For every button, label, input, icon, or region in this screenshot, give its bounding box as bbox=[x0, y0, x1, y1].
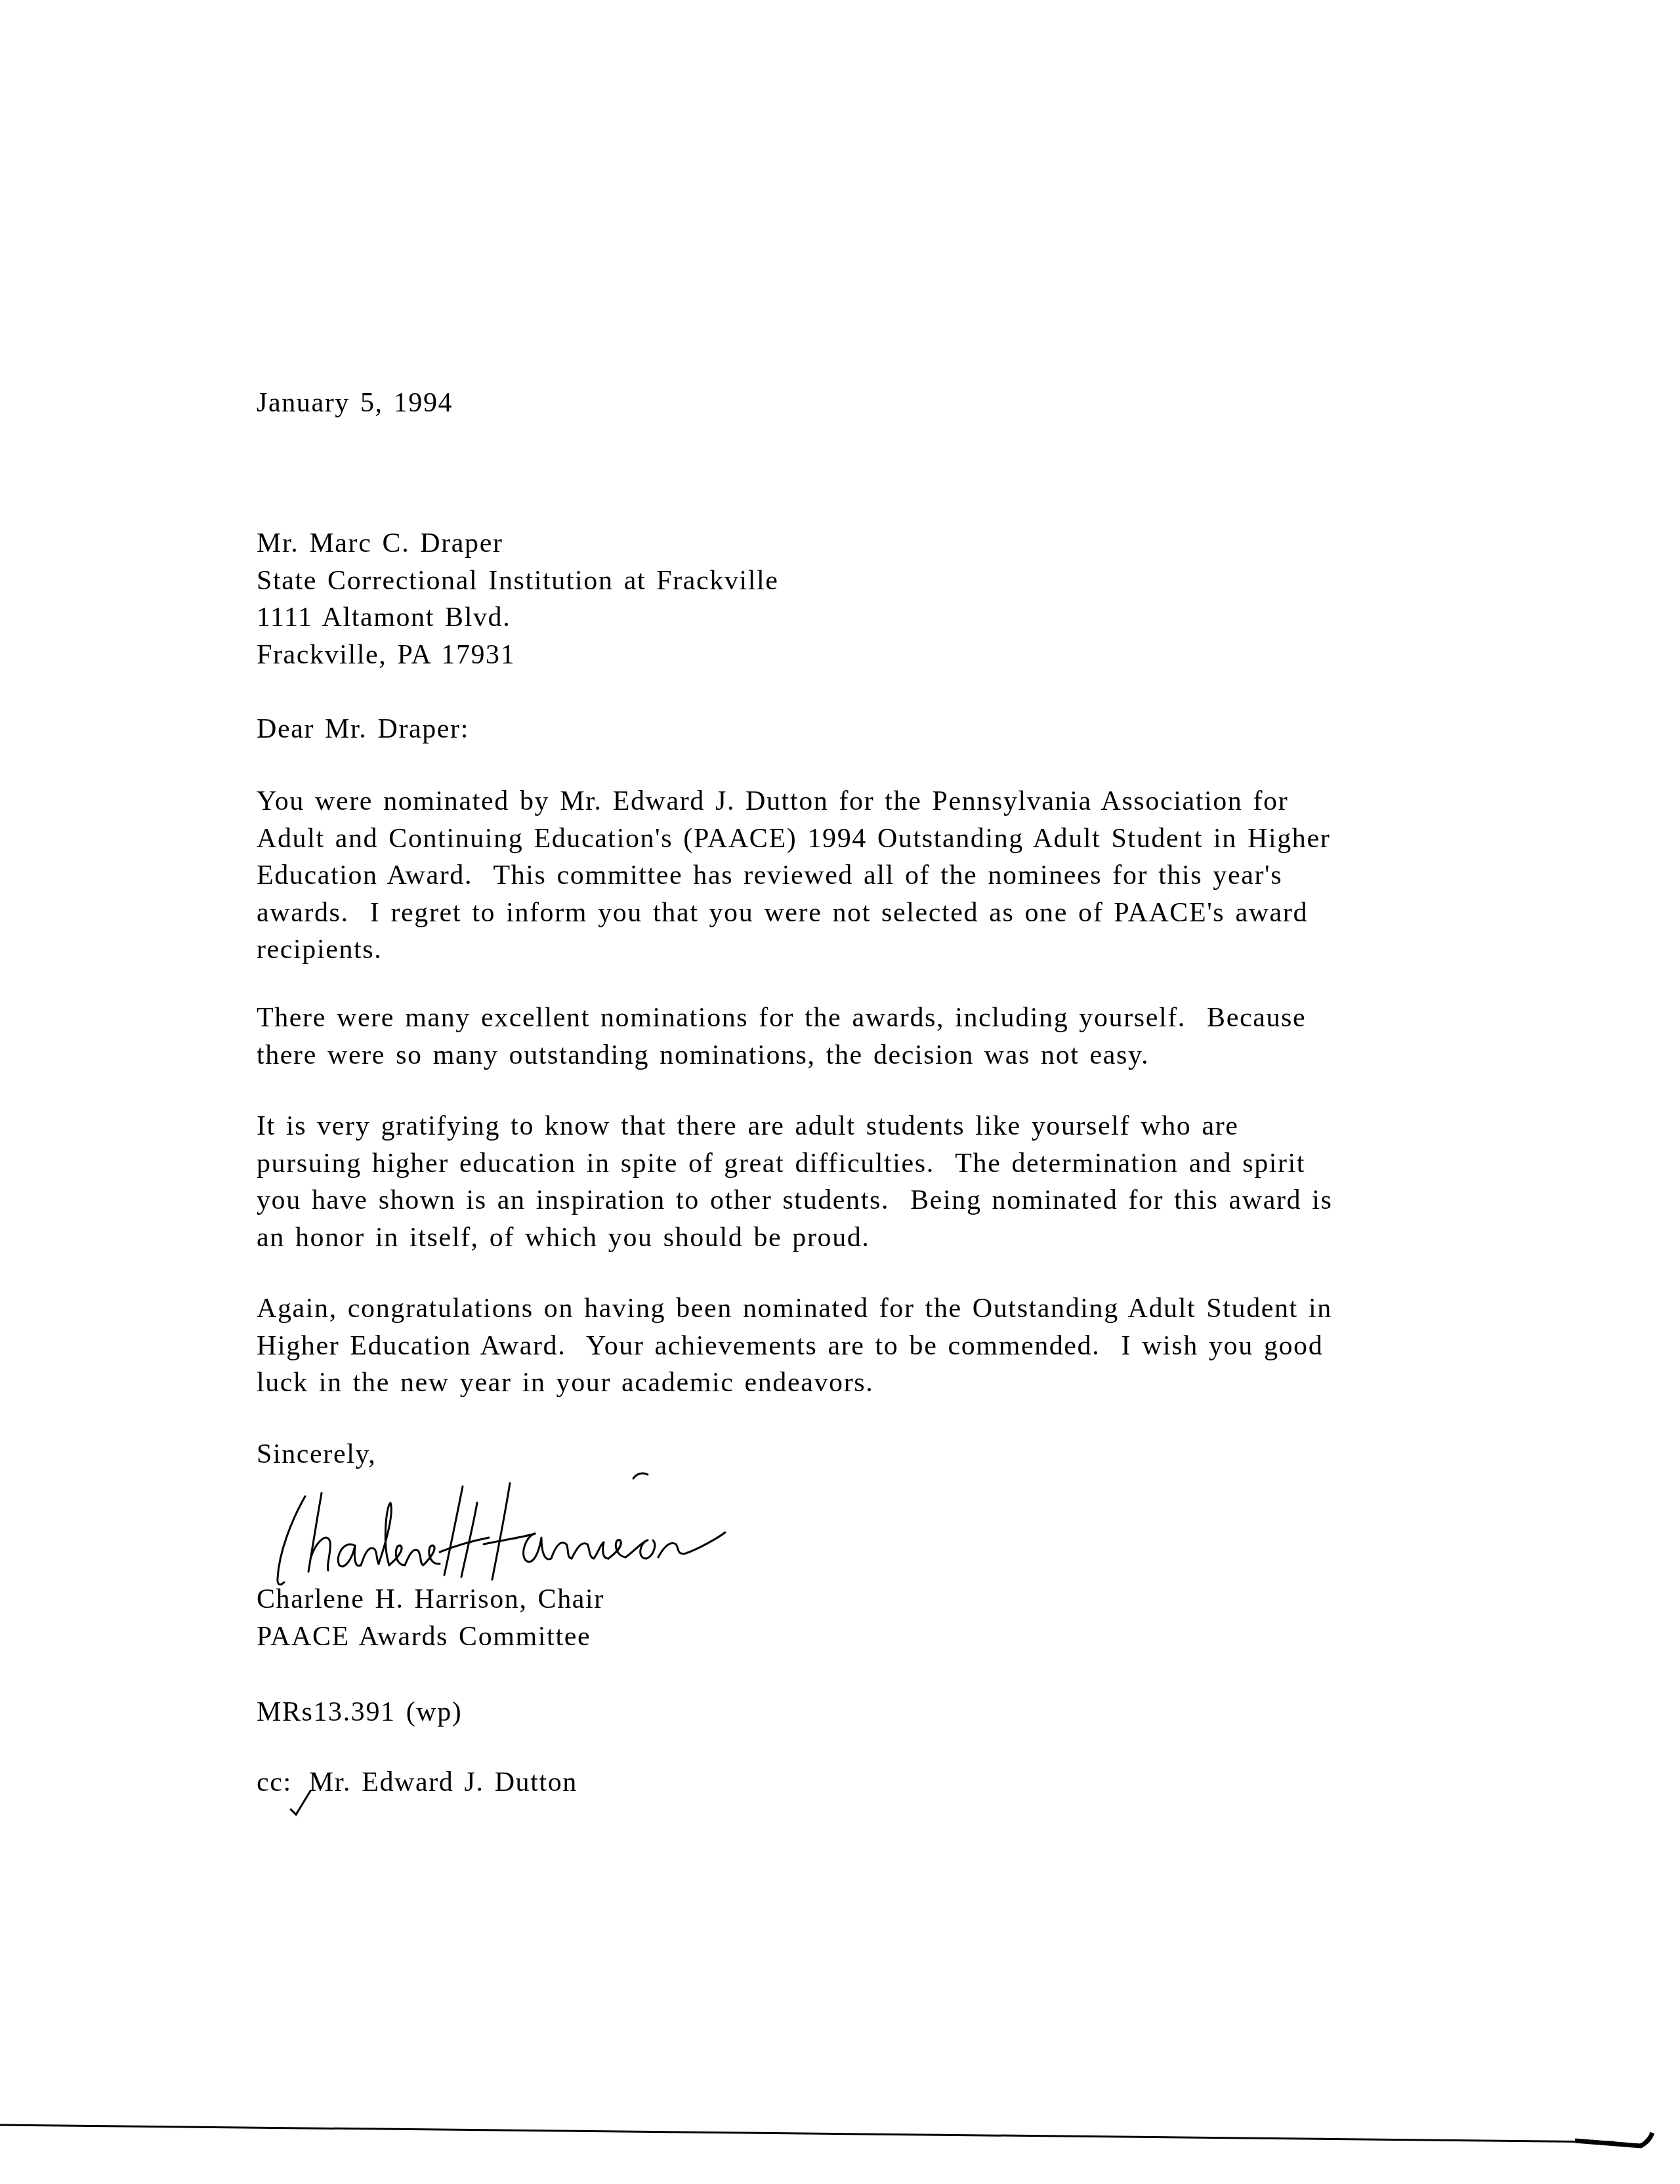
paragraph-line: luck in the new year in your academic en… bbox=[257, 1364, 1332, 1402]
paragraph-line: You were nominated by Mr. Edward J. Dutt… bbox=[257, 783, 1330, 820]
paragraph-line: Adult and Continuing Education's (PAACE)… bbox=[257, 820, 1330, 858]
paragraph-line: Education Award. This committee has revi… bbox=[257, 857, 1330, 894]
address-line: State Correctional Institution at Frackv… bbox=[257, 562, 779, 600]
paragraph-line: Again, congratulations on having been no… bbox=[257, 1290, 1332, 1328]
paragraph-line: It is very gratifying to know that there… bbox=[257, 1108, 1332, 1145]
paragraph-line: awards. I regret to inform you that you … bbox=[257, 894, 1330, 932]
letter-page: January 5, 1994 Mr. Marc C. Draper State… bbox=[0, 0, 1680, 2184]
signer-block: Charlene H. Harrison, Chair PAACE Awards… bbox=[257, 1581, 604, 1655]
signer-name-title: Charlene H. Harrison, Chair bbox=[257, 1581, 604, 1618]
cc-prefix: cc: bbox=[257, 1767, 292, 1797]
paragraph-line: an honor in itself, of which you should … bbox=[257, 1219, 1332, 1257]
signer-committee: PAACE Awards Committee bbox=[257, 1618, 604, 1656]
paragraph-line: you have shown is an inspiration to othe… bbox=[257, 1182, 1332, 1219]
salutation: Dear Mr. Draper: bbox=[257, 711, 469, 747]
recipient-address: Mr. Marc C. Draper State Correctional In… bbox=[257, 525, 779, 673]
paragraph-line: there were so many outstanding nominatio… bbox=[257, 1037, 1306, 1074]
address-line: Mr. Marc C. Draper bbox=[257, 525, 779, 562]
paragraph-line: Higher Education Award. Your achievement… bbox=[257, 1328, 1332, 1365]
handwritten-signature bbox=[266, 1467, 876, 1591]
paragraph-line: pursuing higher education in spite of gr… bbox=[257, 1145, 1332, 1183]
cc-line: cc:Mr. Edward J. Dutton bbox=[257, 1764, 577, 1801]
letter-date: January 5, 1994 bbox=[257, 385, 453, 421]
paragraph-4: Again, congratulations on having been no… bbox=[257, 1290, 1332, 1402]
address-line: 1111 Altamont Blvd. bbox=[257, 599, 779, 637]
paragraph-1: You were nominated by Mr. Edward J. Dutt… bbox=[257, 783, 1330, 969]
address-line: Frackville, PA 17931 bbox=[257, 637, 779, 674]
paragraph-2: There were many excellent nominations fo… bbox=[257, 999, 1306, 1074]
paragraph-3: It is very gratifying to know that there… bbox=[257, 1108, 1332, 1256]
reference-code: MRs13.391 (wp) bbox=[257, 1694, 462, 1731]
page-bottom-edge-line bbox=[0, 0, 1680, 2184]
cc-name: Mr. Edward J. Dutton bbox=[309, 1767, 577, 1797]
paragraph-line: There were many excellent nominations fo… bbox=[257, 999, 1306, 1037]
paragraph-line: recipients. bbox=[257, 931, 1330, 969]
